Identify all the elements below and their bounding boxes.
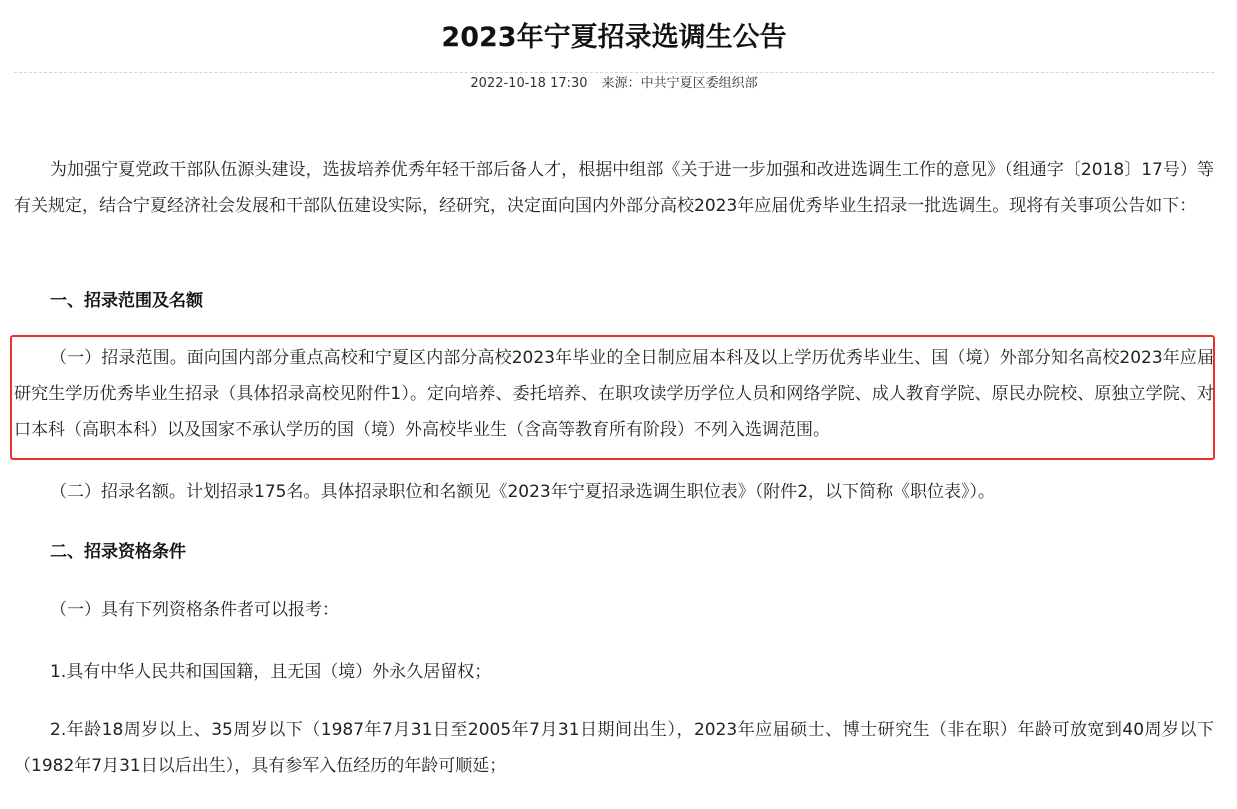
title-divider	[14, 72, 1214, 73]
condition-1-paragraph: 1.具有中华人民共和国国籍，且无国（境）外永久居留权；	[14, 654, 1214, 690]
article-title: 2023年宁夏招录选调生公告	[14, 0, 1214, 62]
article: 2023年宁夏招录选调生公告 2022-10-18 17:30来源：中共宁夏区委…	[14, 0, 1214, 62]
intro-paragraph: 为加强宁夏党政干部队伍源头建设，选拔培养优秀年轻干部后备人才，根据中组部《关于进…	[14, 152, 1214, 224]
scope-paragraph: （一）招录范围。面向国内部分重点高校和宁夏区内部分高校2023年毕业的全日制应届…	[14, 340, 1214, 448]
section-heading-scope-quota: 一、招录范围及名额	[14, 283, 1214, 319]
source-label: 来源：	[602, 76, 641, 91]
source-name: 中共宁夏区委组织部	[641, 76, 758, 91]
condition-2-paragraph: 2.年龄18周岁以上、35周岁以下（1987年7月31日至2005年7月31日期…	[14, 712, 1214, 784]
article-meta: 2022-10-18 17:30来源：中共宁夏区委组织部	[14, 74, 1214, 94]
publish-datetime: 2022-10-18 17:30	[470, 76, 587, 91]
eligibility-intro-paragraph: （一）具有下列资格条件者可以报考：	[14, 592, 1214, 628]
section-heading-eligibility: 二、招录资格条件	[14, 534, 1214, 570]
quota-paragraph: （二）招录名额。计划招录175名。具体招录职位和名额见《2023年宁夏招录选调生…	[14, 474, 1214, 510]
